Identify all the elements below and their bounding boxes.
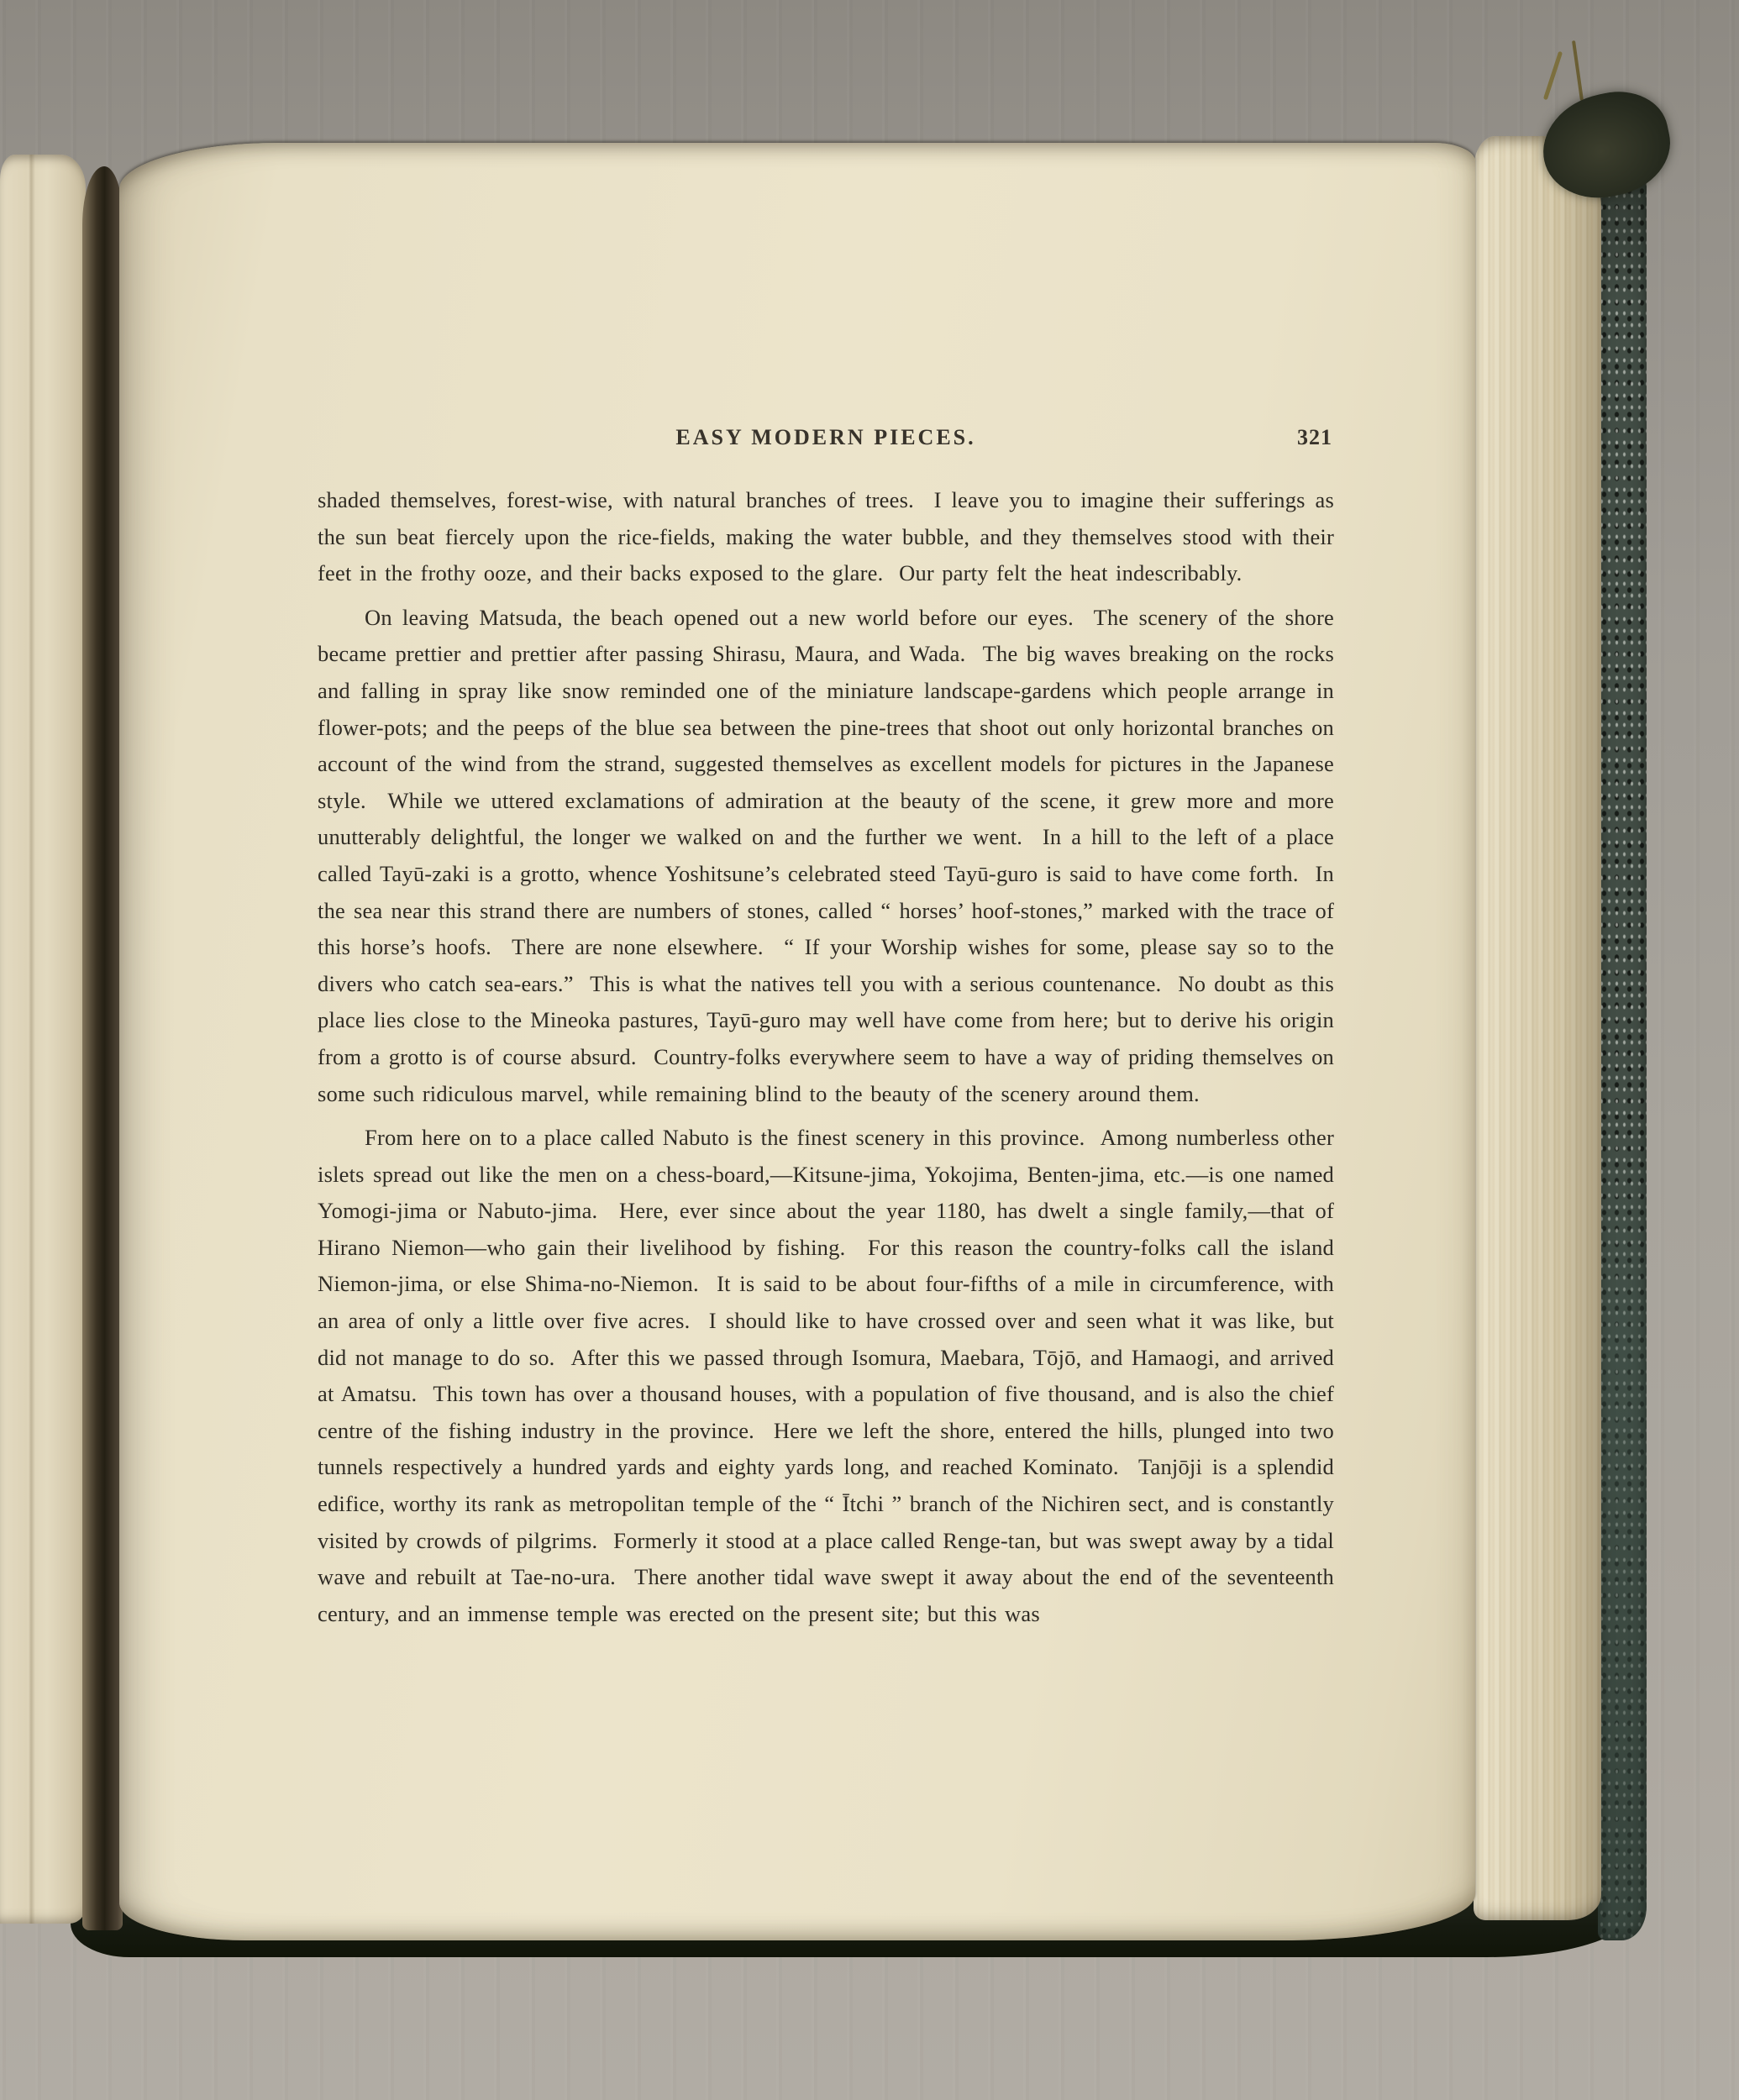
page-number: 321	[1297, 425, 1332, 450]
book-cover-right-edge	[1598, 119, 1647, 1940]
page-body-text: shaded themselves, forest-wise, with nat…	[318, 482, 1334, 1632]
left-page-sliver	[0, 155, 86, 1924]
paragraph: From here on to a place called Nabuto is…	[318, 1120, 1334, 1632]
frayed-thread	[1543, 51, 1563, 101]
book-gutter-shadow	[82, 166, 123, 1930]
paragraph: On leaving Matsuda, the beach opened out…	[318, 600, 1334, 1112]
frayed-thread	[1572, 40, 1584, 101]
page-fore-edge-stack	[1474, 136, 1601, 1920]
printed-text-area: EASY MODERN PIECES. 321 shaded themselve…	[318, 425, 1334, 1640]
scanner-background: EASY MODERN PIECES. 321 shaded themselve…	[0, 0, 1739, 2100]
book-page: EASY MODERN PIECES. 321 shaded themselve…	[119, 143, 1475, 1940]
paragraph: shaded themselves, forest-wise, with nat…	[318, 482, 1334, 592]
page-header: EASY MODERN PIECES. 321	[318, 425, 1334, 459]
running-head: EASY MODERN PIECES.	[675, 425, 975, 449]
